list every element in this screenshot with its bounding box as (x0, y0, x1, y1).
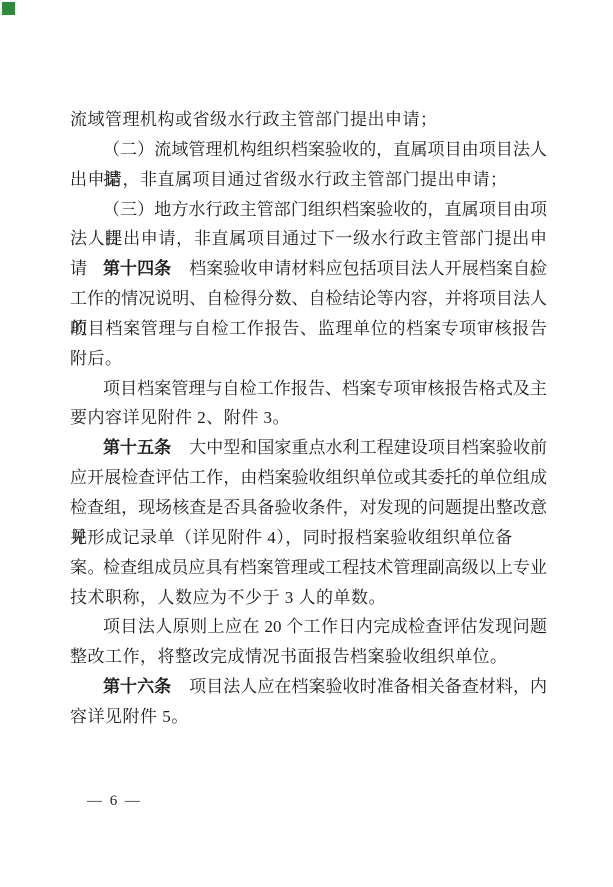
scan-corner-mark (2, 2, 15, 15)
text-line: （三）地方水行政主管部门组织档案验收的，直属项目由项目 (70, 195, 547, 225)
text-line-article-16: 第十六条项目法人应在档案验收时准备相关备查材料，内 (70, 672, 547, 702)
document-page: 流域管理机构或省级水行政主管部门提出申请； （二）流域管理机构组织档案验收的，直… (0, 0, 613, 887)
text-line: 容详见附件 5。 (70, 702, 547, 732)
text-line: 附后。 (70, 344, 547, 374)
line-text: 应开展检查评估工作，由档案验收组织单位或其委托的单位组成 (70, 468, 547, 487)
line-text: 档案验收申请材料应包括项目法人开展档案自检 (189, 259, 547, 278)
article-number: 第十四条 (103, 259, 171, 278)
text-line-article-14: 第十四条档案验收申请材料应包括项目法人开展档案自检 (70, 254, 547, 284)
line-text: 整改工作，将整改完成情况书面报告档案验收组织单位。 (70, 647, 508, 666)
text-line: 法人提出申请，非直属项目通过下一级水行政主管部门提出申请。 (70, 224, 547, 254)
line-text: 容详见附件 5。 (70, 707, 189, 726)
text-line: 工作的情况说明、自检得分数、自检结论等内容，并将项目法人的 (70, 284, 547, 314)
text-line: 项目档案管理与自检工作报告、档案专项审核报告格式及主 (70, 374, 547, 404)
text-line: 要内容详见附件 2、附件 3。 (70, 403, 547, 433)
line-text: 要内容详见附件 2、附件 3。 (70, 408, 290, 427)
line-text: 项目档案管理与自检工作报告、档案专项审核报告格式及主 (103, 379, 547, 398)
article-number: 第十六条 (103, 677, 171, 696)
line-text: 项目档案管理与自检工作报告、监理单位的档案专项审核报告 (70, 319, 547, 338)
document-body: 流域管理机构或省级水行政主管部门提出申请； （二）流域管理机构组织档案验收的，直… (70, 105, 547, 732)
text-line: 检查组，现场核查是否具备验收条件，对发现的问题提出整改意见 (70, 493, 547, 523)
text-line: 项目法人原则上应在 20 个工作日内完成检查评估发现问题 (70, 612, 547, 642)
page-number: — 6 — (87, 791, 142, 811)
line-text: 附后。 (70, 349, 123, 368)
line-text: 项目法人原则上应在 20 个工作日内完成检查评估发现问题 (103, 617, 547, 636)
text-line: 流域管理机构或省级水行政主管部门提出申请； (70, 105, 547, 135)
text-line: 并形成记录单（详见附件 4），同时报档案验收组织单位备案。 (70, 523, 547, 553)
line-text: 项目法人应在档案验收时准备相关备查材料，内 (189, 677, 547, 696)
line-text: 出申请，非直属项目通过省级水行政主管部门提出申请； (70, 170, 508, 189)
text-line: 应开展检查评估工作，由档案验收组织单位或其委托的单位组成 (70, 463, 547, 493)
line-text: 流域管理机构或省级水行政主管部门提出申请； (70, 110, 438, 129)
article-number: 第十五条 (103, 438, 171, 457)
text-line-article-15: 第十五条大中型和国家重点水利工程建设项目档案验收前 (70, 433, 547, 463)
text-line: 出申请，非直属项目通过省级水行政主管部门提出申请； (70, 165, 547, 195)
line-text: 大中型和国家重点水利工程建设项目档案验收前 (189, 438, 547, 457)
text-line: 整改工作，将整改完成情况书面报告档案验收组织单位。 (70, 642, 547, 672)
line-text: 技术职称，人数应为不少于 3 人的单数。 (70, 588, 386, 607)
line-text: 检查组成员应具有档案管理或工程技术管理副高级以上专业 (103, 558, 547, 577)
text-line: 技术职称，人数应为不少于 3 人的单数。 (70, 583, 547, 613)
text-line: 检查组成员应具有档案管理或工程技术管理副高级以上专业 (70, 553, 547, 583)
text-line: （二）流域管理机构组织档案验收的，直属项目由项目法人提 (70, 135, 547, 165)
text-line: 项目档案管理与自检工作报告、监理单位的档案专项审核报告 (70, 314, 547, 344)
